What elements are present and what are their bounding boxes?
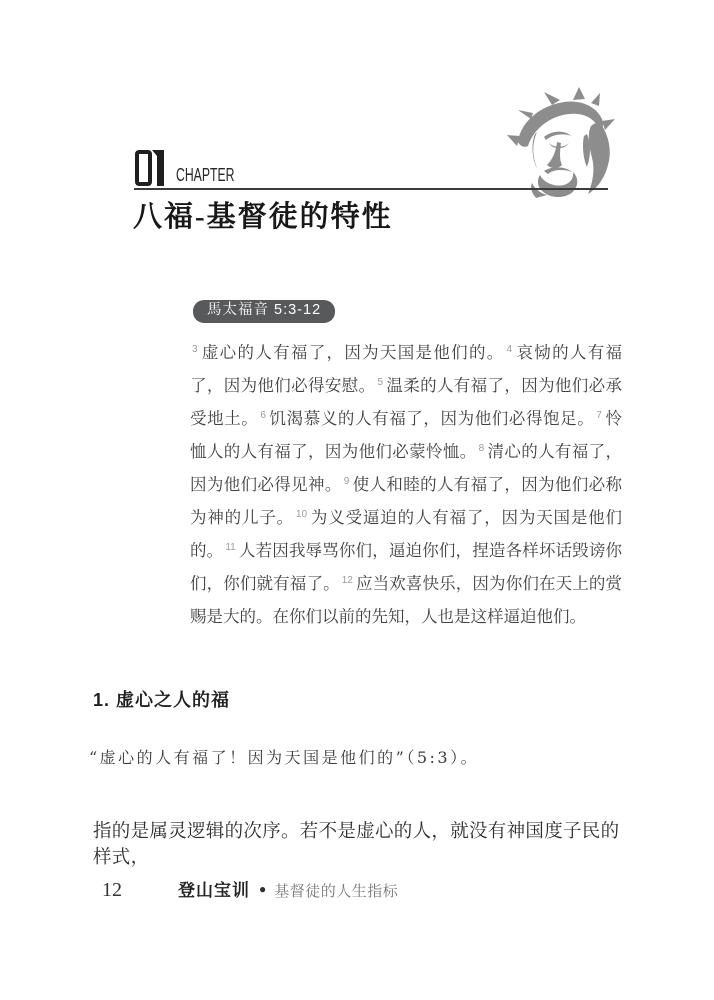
footer-book-title: 登山宝训 xyxy=(178,876,250,901)
scripture-passage: 3虚心的人有福了，因为天国是他们的。4哀恸的人有福了，因为他们必得安慰。5温柔的… xyxy=(190,337,622,634)
section-quote: “虚心的人有福了！因为天国是他们的”（5:3）。 xyxy=(89,745,479,768)
book-page: CHAPTER 八福-基督徒的特性 馬太福音 5:3-12 3虚心的人有福了，因… xyxy=(0,0,714,1000)
page-footer: 12 登山宝训 ● 基督徒的人生指标 xyxy=(102,876,398,902)
page-number: 12 xyxy=(102,879,122,902)
section-heading: 1. 虚心之人的福 xyxy=(93,686,230,712)
scripture-reference-badge: 馬太福音 5:3-12 xyxy=(193,300,335,323)
chapter-number xyxy=(135,150,164,186)
chapter-label: CHAPTER xyxy=(176,166,234,186)
body-paragraph: 指的是属灵逻辑的次序。若不是虚心的人，就没有神国度子民的样式， xyxy=(93,817,633,869)
header-rule xyxy=(134,188,608,190)
chapter-digit-zero xyxy=(135,150,152,186)
chapter-digit-one xyxy=(157,150,164,186)
chapter-header: CHAPTER xyxy=(135,150,262,186)
footer-dot-separator: ● xyxy=(259,882,266,896)
jesus-crown-of-thorns-icon xyxy=(503,86,621,198)
footer-subtitle: 基督徒的人生指标 xyxy=(274,880,398,901)
chapter-title: 八福-基督徒的特性 xyxy=(133,194,393,235)
